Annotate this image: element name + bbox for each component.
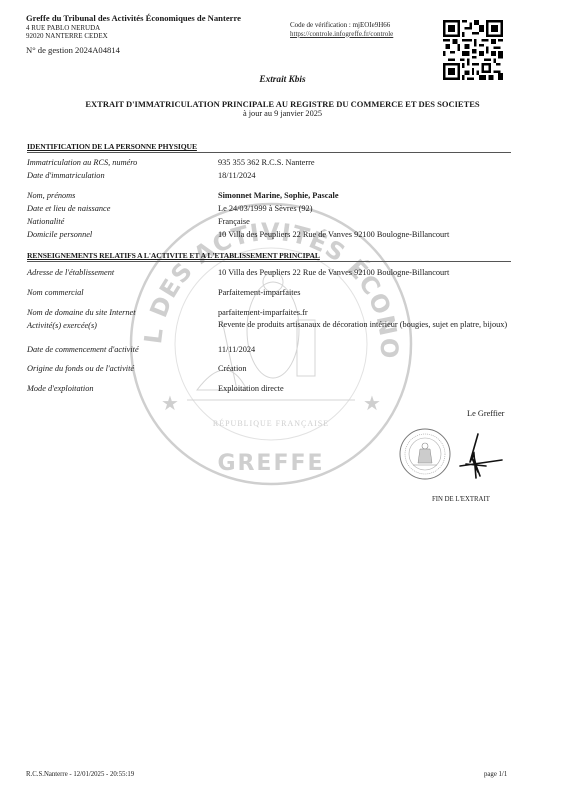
- page-number: page 1/1: [484, 771, 507, 778]
- document-type-title: Extrait Kbis: [0, 75, 565, 85]
- court-seal-watermark: TRIBUNAL DES ACTIVITÉS ÉCONOMIQUES ★ ★ R…: [127, 200, 415, 488]
- signature-icon: [456, 432, 506, 482]
- end-of-extract: FIN DE L'EXTRAIT: [432, 496, 490, 503]
- label-rcs-number: Immatriculation au RCS, numéro: [27, 158, 137, 167]
- qr-code-icon: [443, 20, 503, 80]
- value-establishment-address: 10 Villa des Peupliers 22 Rue de Vanves …: [218, 268, 449, 277]
- value-nationality: Française: [218, 217, 250, 226]
- label-operating-mode: Mode d'exploitation: [27, 384, 94, 393]
- court-name: Greffe du Tribunal des Activités Économi…: [26, 13, 241, 23]
- verification-code: Code de vérification : mjEOIe9H66: [290, 21, 393, 30]
- svg-text:★: ★: [363, 393, 381, 415]
- verification-block: Code de vérification : mjEOIe9H66 https:…: [290, 21, 393, 38]
- label-birth: Date et lieu de naissance: [27, 204, 110, 213]
- label-trade-name: Nom commercial: [27, 288, 84, 297]
- address-line-1: 4 RUE PABLO NERUDA: [26, 24, 100, 32]
- value-rcs-number: 935 355 362 R.C.S. Nanterre: [218, 158, 315, 167]
- section-header-activity: RENSEIGNEMENTS RELATIFS A L'ACTIVITE ET …: [27, 251, 511, 262]
- label-registration-date: Date d'immatriculation: [27, 171, 105, 180]
- value-domain-name: parfaitement-imparfaites.fr: [218, 308, 308, 317]
- official-stamp-icon: [398, 427, 452, 481]
- value-registration-date: 18/11/2024: [218, 171, 256, 180]
- value-origin: Création: [218, 364, 247, 373]
- greffier-label: Le Greffier: [467, 409, 504, 418]
- gestion-number: N° de gestion 2024A04814: [26, 45, 120, 55]
- label-domain-name: Nom de domaine du site Internet: [27, 308, 136, 317]
- update-date: à jour au 9 janvier 2025: [0, 109, 565, 118]
- value-birth: Le 24/03/1999 à Sèvres (92): [218, 204, 312, 213]
- main-title: EXTRAIT D'IMMATRICULATION PRINCIPALE AU …: [0, 99, 565, 109]
- verification-link[interactable]: https://controle.infogreffe.fr/controle: [290, 30, 393, 38]
- value-operating-mode: Exploitation directe: [218, 384, 284, 393]
- label-home-address: Domicile personnel: [27, 230, 92, 239]
- svg-text:TRIBUNAL DES ACTIVITÉS ÉCONOMI: TRIBUNAL DES ACTIVITÉS ÉCONOMIQUES: [127, 200, 403, 359]
- value-home-address: 10 Villa des Peupliers 22 Rue de Vanves …: [218, 230, 449, 239]
- svg-text:GREFFE: GREFFE: [217, 451, 324, 476]
- label-nationality: Nationalité: [27, 217, 64, 226]
- address-line-2: 92020 NANTERRE CEDEX: [26, 32, 108, 40]
- value-name: Simonnet Marine, Sophie, Pascale: [218, 191, 339, 200]
- label-establishment-address: Adresse de l'établissement: [27, 268, 114, 277]
- label-activities: Activité(s) exercée(s): [27, 321, 97, 330]
- value-start-date: 11/11/2024: [218, 345, 255, 354]
- footer-timestamp: R.C.S.Nanterre - 12/01/2025 - 20:55:19: [26, 771, 134, 778]
- label-origin: Origine du fonds ou de l'activité: [27, 364, 134, 373]
- value-activities: Revente de produits artisanaux de décora…: [218, 321, 511, 329]
- label-start-date: Date de commencement d'activité: [27, 345, 139, 354]
- svg-text:RÉPUBLIQUE FRANÇAISE: RÉPUBLIQUE FRANÇAISE: [213, 418, 329, 428]
- section-header-identification: IDENTIFICATION DE LA PERSONNE PHYSIQUE: [27, 142, 511, 153]
- label-name: Nom, prénoms: [27, 191, 75, 200]
- value-trade-name: Parfaitement-imparfaites: [218, 288, 300, 297]
- svg-text:★: ★: [161, 393, 179, 415]
